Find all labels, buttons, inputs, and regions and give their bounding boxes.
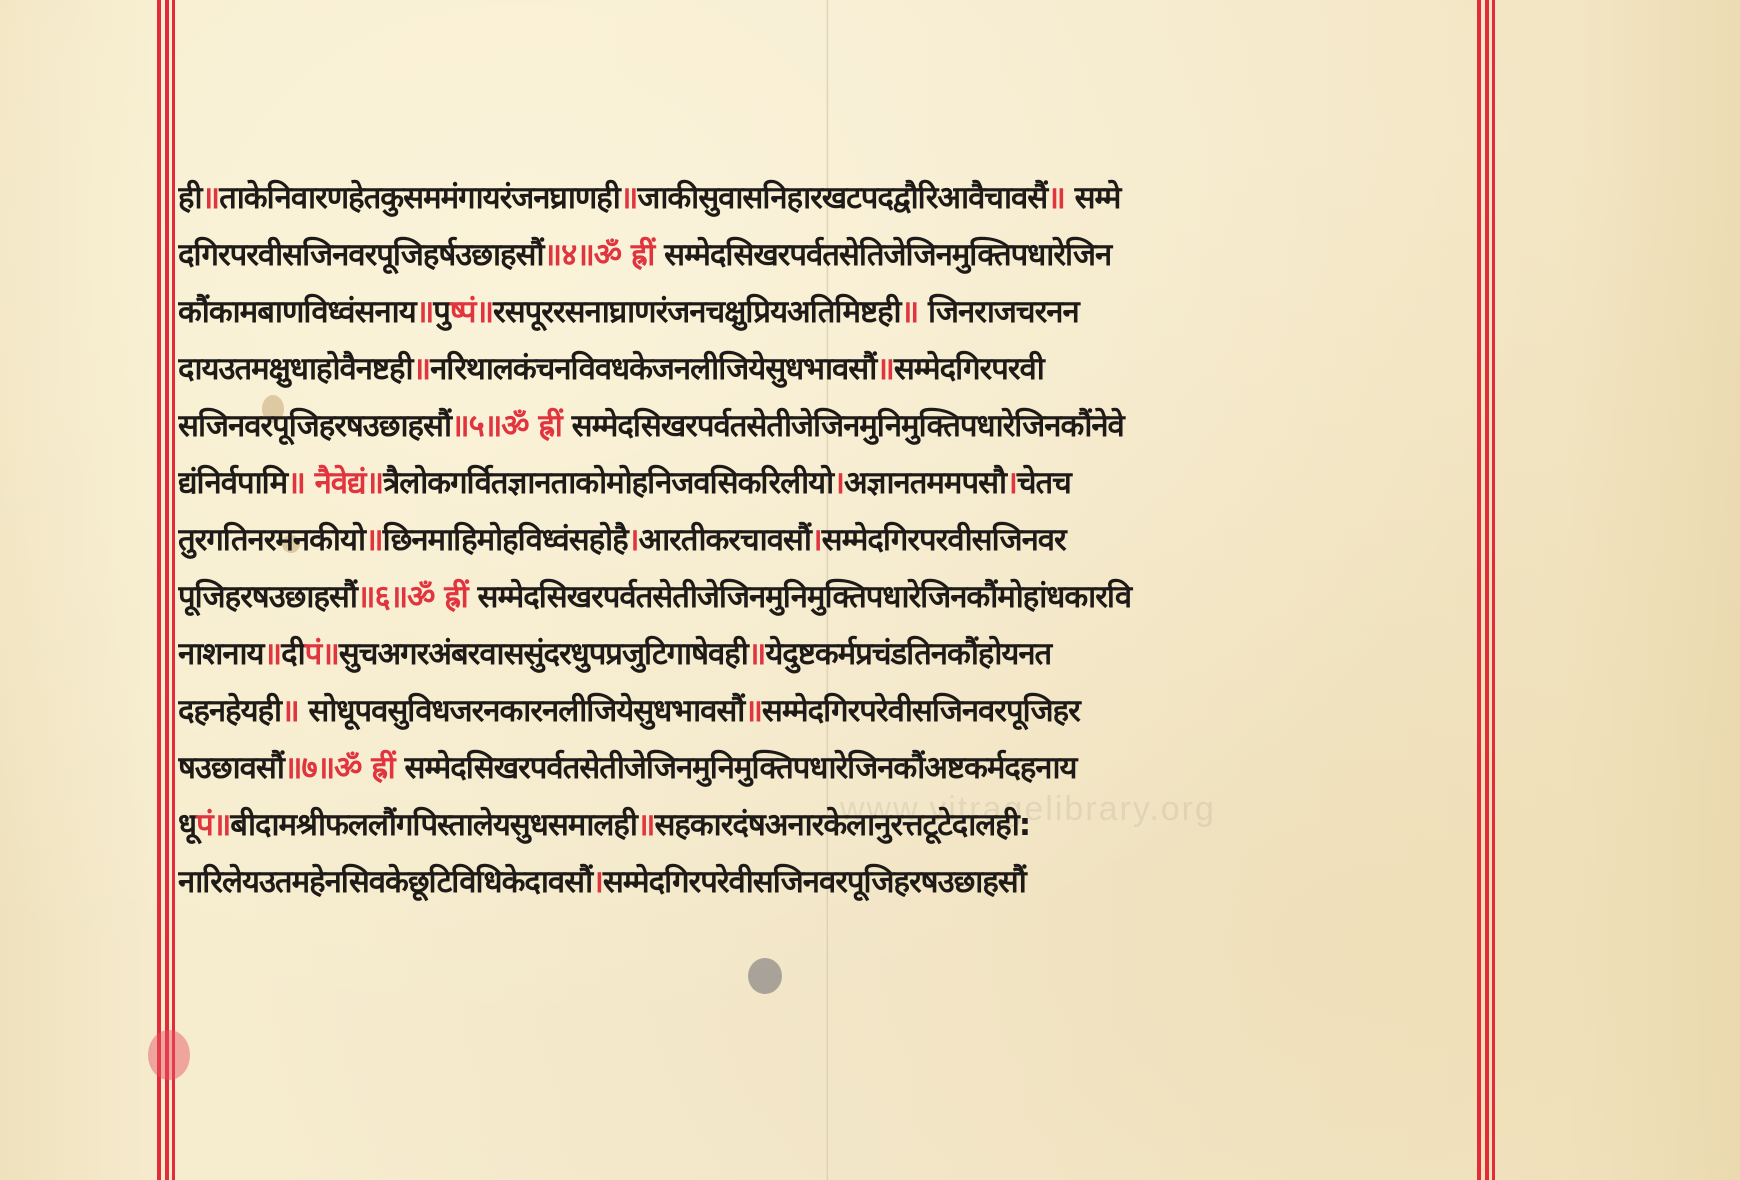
right-border-rule-1 [1477,0,1481,1180]
rubric-text: ॥ [748,636,766,672]
rubric-text: ॥ [901,294,919,330]
body-text: जाकीसुवासनिहारखटपदद्वौरिआवैचावसैं [637,180,1047,216]
body-text: कौंकामबाणविध्वंसनाय [178,294,416,330]
rubric-text: ॥ [213,807,231,843]
rubric-text: ॐ ह्रीं [334,750,395,786]
body-text: सम्मेदसिखरपर्वतसेतीजेजिनमुनिमुक्तिपधारेज… [562,408,1124,444]
body-text: दगिरपरवीसजिनवरपूजिहर्षउछाहसौं [178,237,544,273]
body-text: सम्मे [1065,180,1121,216]
right-border-rule-3 [1492,0,1495,1180]
body-text: बीदामश्रीफललौंगपिस्तालेयसुधसमालही [230,807,637,843]
manuscript-text: ही॥ताकेनिवारणहेतकुसममंगायरंजनघ्राणही॥जाक… [178,170,1474,911]
body-text: चेतच [1017,465,1071,501]
rubric-text: । [628,522,639,558]
rubric-text: । [1006,465,1017,501]
rubric-text: ॥ [475,294,493,330]
body-text: नरिथालकंचनविवधकेजनलीजियेसुधभावसौं [430,351,876,387]
rubric-text: ॐ ह्रीं [594,237,655,273]
body-text: धू [178,807,196,843]
body-text: सजिनवरपूजिहरषउछाहसौं [178,408,451,444]
manuscript-line: नाशनाय॥दीपं॥सुचअगरअंबरवाससुंदरधुपप्रजुटि… [178,626,1474,683]
body-text: दायउतमक्षुधाहोवैनष्टही [178,351,413,387]
body-text: ताकेनिवारणहेतकुसममंगायरंजनघ्राणही [219,180,620,216]
body-text: सम्मेदसिखरपर्वतसेतिजेजिनमुक्तिपधारेजिन [654,237,1111,273]
manuscript-line: धूपं॥बीदामश्रीफललौंगपिस्तालेयसुधसमालही॥स… [178,797,1474,854]
gray-ink-smudge [748,958,782,994]
rubric-text: ष्पं [450,294,476,330]
rubric-text: ॥ नैवेद्यं॥ [287,465,383,501]
body-text: : [1019,807,1030,843]
rubric-text: ॥ [365,522,383,558]
rubric-text: ॥ [413,351,431,387]
rubric-text: ॐ ह्रीं [501,408,562,444]
body-text: रसपूररसनाघ्राणरंजनचक्षुप्रियअतिमिष्टही [493,294,901,330]
body-text: नाशनाय [178,636,264,672]
body-text: सम्मेदसिखरपर्वतसेतीजेजिनमुनिमुक्तिपधारेज… [395,750,1077,786]
body-text: नारिलेयउतमहेनसिवकेछूटिविधिकेदावसौं [178,864,592,900]
body-text: त्रैलोकगर्वितज्ञानताकोमोहनिजवसिकरिलीयो [383,465,833,501]
body-text: दहनहेयही [178,693,281,729]
rubric-text: ॐ ह्रीं [407,579,468,615]
manuscript-page: www.vitragelibrary.org ही॥ताकेनिवारणहेतक… [0,0,1740,1180]
body-text: सम्मेदगिरपरेवीसजिनवरपूजिहर [762,693,1080,729]
body-text: सुचअगरअंबरवाससुंदरधुपप्रजुटिगाषेवही [339,636,748,672]
rubric-text: । [592,864,603,900]
rubric-text: पं [196,807,213,843]
rubric-text: ॥ [744,693,762,729]
body-text: तुरगतिनरमनकीयो [178,522,365,558]
manuscript-line: द्यंनिर्वपामि॥ नैवेद्यं॥त्रैलोकगर्वितज्ञ… [178,455,1474,512]
rubric-text: ॥४॥ [544,237,594,273]
rubric-text: ॥ [321,636,339,672]
manuscript-line: सजिनवरपूजिहरषउछाहसौं॥५॥ॐ ह्रीं सम्मेदसिख… [178,398,1474,455]
body-text: जिनराजचरनन [918,294,1079,330]
body-text: सम्मेदसिखरपर्वतसेतीजेजिनमुनिमुक्तिपधारेज… [468,579,1131,615]
left-border-rule-2 [165,0,169,1180]
manuscript-line: दायउतमक्षुधाहोवैनष्टही॥नरिथालकंचनविवधकेज… [178,341,1474,398]
body-text: अज्ञानतममपसौ [844,465,1006,501]
rubric-text: ॥६॥ [357,579,407,615]
rubric-text: ॥५॥ [451,408,501,444]
manuscript-line: पूजिहरषउछाहसौं॥६॥ॐ ह्रीं सम्मेदसिखरपर्वत… [178,569,1474,626]
body-text: पु [433,294,450,330]
red-ink-smudge [148,1030,190,1080]
body-text: दी [281,636,305,672]
rubric-text: ॥७॥ [284,750,334,786]
body-text: सोधूपवसुविधजरनकारनलीजियेसुधभावसौं [299,693,745,729]
body-text: ही [178,180,202,216]
rubric-text: ॥ [620,180,638,216]
left-border-rule-1 [157,0,161,1180]
rubric-text: ॥ [1047,180,1065,216]
body-text: सम्मेदगिरपरवी [894,351,1044,387]
body-text: षउछावसौं [178,750,284,786]
left-border-rule-3 [172,0,175,1180]
manuscript-line: नारिलेयउतमहेनसिवकेछूटिविधिकेदावसौं।सम्मे… [178,854,1474,911]
body-text: छिनमाहिमोहविध्वंसहोहै [383,522,628,558]
manuscript-line: षउछावसौं॥७॥ॐ ह्रीं सम्मेदसिखरपर्वतसेतीजे… [178,740,1474,797]
body-text: पूजिहरषउछाहसौं [178,579,357,615]
rubric-text: ॥ [264,636,282,672]
body-text: सहकारदंषअनारकेलानुरत्तटूटेदालही [654,807,1018,843]
rubric-text: । [833,465,844,501]
manuscript-line: ही॥ताकेनिवारणहेतकुसममंगायरंजनघ्राणही॥जाक… [178,170,1474,227]
rubric-text: ॥ [281,693,299,729]
body-text: सम्मेदगिरपरवीसजिनवर [822,522,1066,558]
body-text: द्यंनिर्वपामि [178,465,287,501]
right-border-rule-2 [1485,0,1489,1180]
manuscript-line: तुरगतिनरमनकीयो॥छिनमाहिमोहविध्वंसहोहै।आरत… [178,512,1474,569]
body-text: आरतीकरचावसौं [638,522,810,558]
rubric-text: ॥ [876,351,894,387]
rubric-text: ॥ [637,807,655,843]
rubric-text: ॥ [416,294,434,330]
manuscript-line: दहनहेयही॥ सोधूपवसुविधजरनकारनलीजियेसुधभाव… [178,683,1474,740]
rubric-text: ॥ [202,180,220,216]
rubric-text: पं [305,636,322,672]
body-text: येदुष्टकर्मप्रचंडतिनकौंहोयनत [765,636,1051,672]
body-text: सम्मेदगिरपरेवीसजिनवरपूजिहरषउछाहसौं [603,864,1026,900]
manuscript-line: कौंकामबाणविध्वंसनाय॥पुष्पं॥रसपूररसनाघ्रा… [178,284,1474,341]
manuscript-line: दगिरपरवीसजिनवरपूजिहर्षउछाहसौं॥४॥ॐ ह्रीं … [178,227,1474,284]
rubric-text: । [811,522,822,558]
